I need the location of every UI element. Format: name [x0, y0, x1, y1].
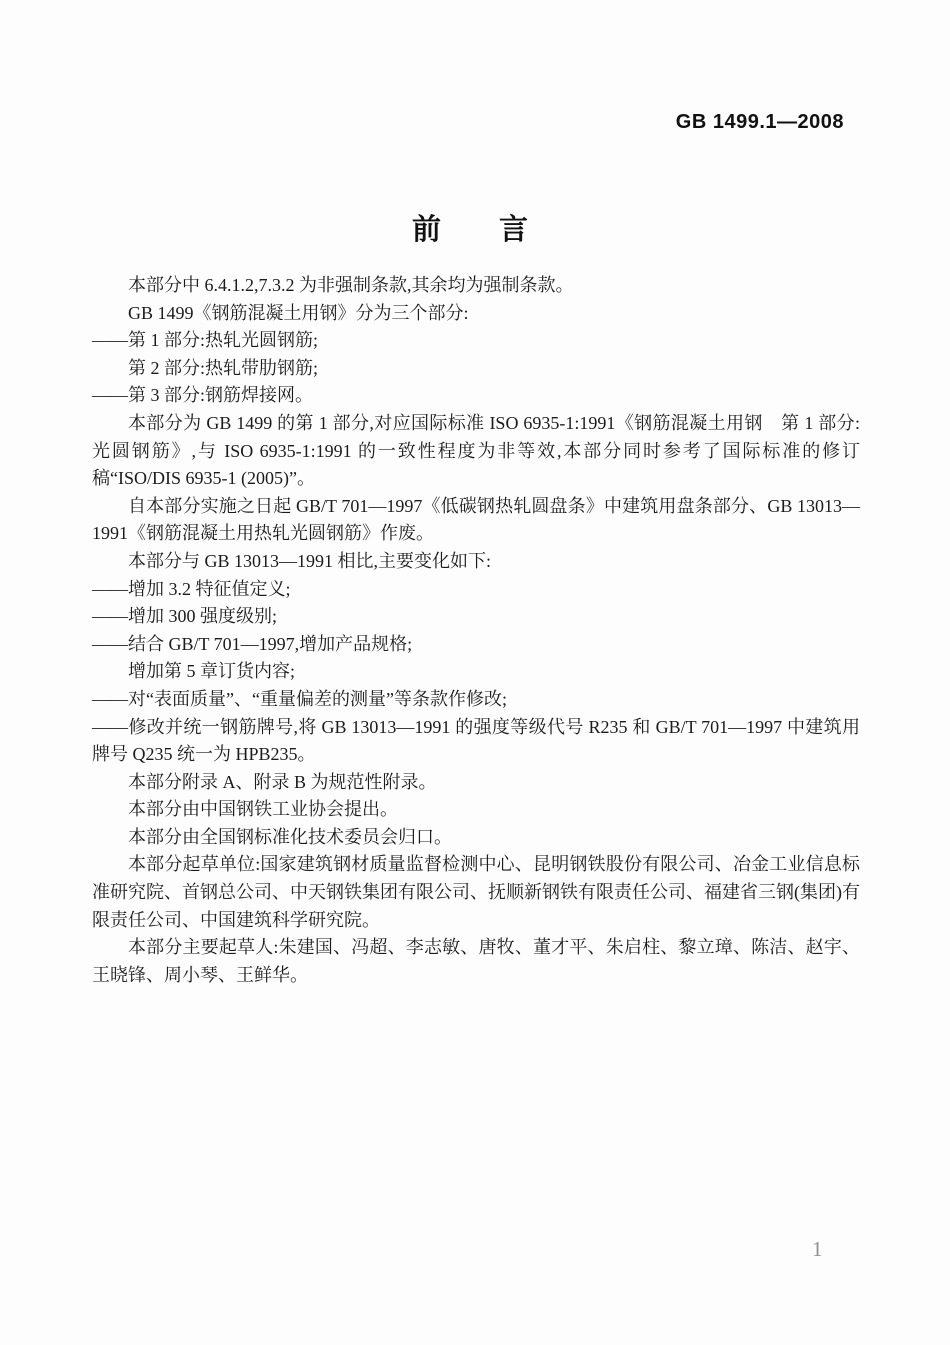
- paragraph-parts-intro: GB 1499《钢筋混凝土用钢》分为三个部分:: [92, 300, 860, 328]
- page-number: 1: [812, 1237, 823, 1262]
- paragraph-scope-note: 本部分中 6.4.1.2,7.3.2 为非强制条款,其余均为强制条款。: [92, 272, 860, 300]
- list-item-part2: 第 2 部分:热轧带肋钢筋;: [92, 355, 860, 383]
- document-page: GB 1499.1—2008 前 言 本部分中 6.4.1.2,7.3.2 为非…: [0, 0, 950, 1345]
- list-item-change-1: ——增加 3.2 特征值定义;: [92, 576, 860, 604]
- paragraph-iso-reference: 本部分为 GB 1499 的第 1 部分,对应国际标准 ISO 6935-1:1…: [92, 410, 860, 493]
- paragraph-annexes: 本部分附录 A、附录 B 为规范性附录。: [92, 769, 860, 797]
- paragraph-centralized-by: 本部分由全国钢标准化技术委员会归口。: [92, 824, 860, 852]
- paragraph-drafting-orgs: 本部分起草单位:国家建筑钢材质量监督检测中心、昆明钢铁股份有限公司、冶金工业信息…: [92, 851, 860, 934]
- list-item-change-2: ——增加 300 强度级别;: [92, 603, 860, 631]
- paragraph-chief-drafters: 本部分主要起草人:朱建国、冯超、李志敏、唐牧、董才平、朱启柱、黎立璋、陈洁、赵宇…: [92, 934, 860, 989]
- list-item-part3: ——第 3 部分:钢筋焊接网。: [92, 382, 860, 410]
- list-item-change-4: 增加第 5 章订货内容;: [92, 658, 860, 686]
- paragraph-changes-intro: 本部分与 GB 13013—1991 相比,主要变化如下:: [92, 548, 860, 576]
- standard-code: GB 1499.1—2008: [676, 111, 844, 134]
- list-item-change-5: ——对“表面质量”、“重量偏差的测量”等条款作修改;: [92, 686, 860, 714]
- list-item-change-3: ——结合 GB/T 701—1997,增加产品规格;: [92, 631, 860, 659]
- list-item-change-6: ——修改并统一钢筋牌号,将 GB 13013—1991 的强度等级代号 R235…: [92, 714, 860, 769]
- document-title: 前 言: [0, 207, 940, 248]
- paragraph-superseded: 自本部分实施之日起 GB/T 701—1997《低碳钢热轧圆盘条》中建筑用盘条部…: [92, 493, 860, 548]
- paragraph-proposed-by: 本部分由中国钢铁工业协会提出。: [92, 796, 860, 824]
- foreword-body: 本部分中 6.4.1.2,7.3.2 为非强制条款,其余均为强制条款。 GB 1…: [92, 272, 860, 989]
- list-item-part1: ——第 1 部分:热轧光圆钢筋;: [92, 327, 860, 355]
